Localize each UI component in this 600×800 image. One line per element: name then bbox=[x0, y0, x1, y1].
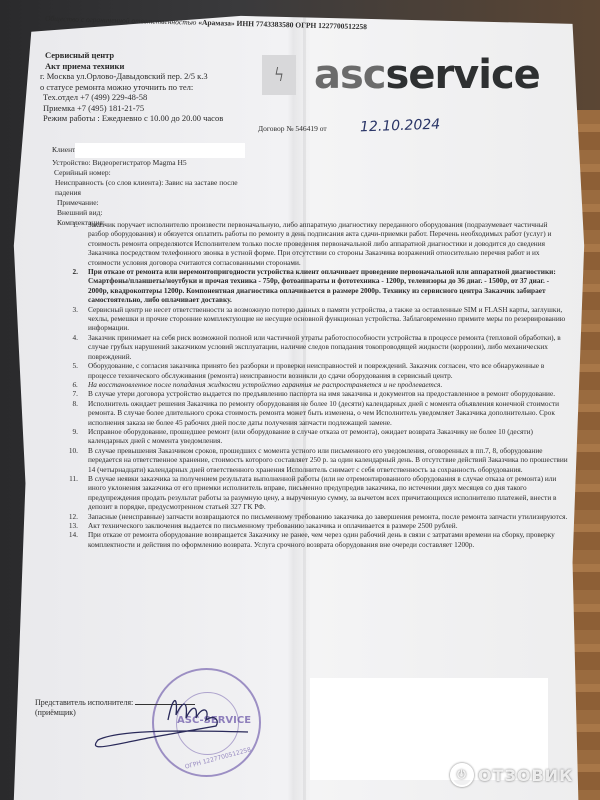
clause-text: В случае утери договора устройство выдае… bbox=[88, 389, 570, 398]
clause-item: 2.При отказе от ремонта или неремонтопри… bbox=[50, 267, 570, 305]
clause-item: 14.При отказе от ремонта оборудование во… bbox=[50, 530, 570, 549]
clause-number: 4. bbox=[50, 333, 88, 361]
field-appearance: Внешний вид: bbox=[57, 208, 245, 218]
clause-item: 10.В случае превышения Заказчиком сроков… bbox=[50, 446, 570, 474]
company-name: «Арамаза» bbox=[198, 18, 235, 28]
clause-text: Заказчик поручает исполнителю произвести… bbox=[88, 220, 570, 267]
clause-number: 11. bbox=[50, 474, 88, 512]
clause-text: Сервисный центр не несет ответственности… bbox=[88, 305, 570, 333]
clause-item: 1.Заказчик поручает исполнителю произвес… bbox=[50, 220, 570, 267]
clause-number: 13. bbox=[50, 521, 88, 530]
clause-text: В случае превышения Заказчиком сроков, п… bbox=[88, 446, 570, 474]
clause-number: 2. bbox=[50, 267, 88, 305]
service-title: Сервисный центр bbox=[45, 50, 223, 61]
status-hint: о статусе ремонта можно уточнить по тел: bbox=[40, 82, 223, 93]
field-note: Примечание: bbox=[57, 198, 245, 208]
working-hours: Режим работы : Ежедневно с 10.00 до 20.0… bbox=[43, 113, 223, 124]
handwritten-signature bbox=[88, 690, 288, 750]
act-title: Акт приема техники bbox=[45, 61, 223, 72]
clause-number: 7. bbox=[50, 389, 88, 398]
otzovik-power-icon: ⏻ bbox=[450, 763, 474, 787]
clause-text: Исправное оборудование, прошедшее ремонт… bbox=[88, 427, 570, 446]
field-serial: Серийный номер: bbox=[54, 168, 245, 178]
clause-number: 5. bbox=[50, 361, 88, 380]
clause-number: 6. bbox=[50, 380, 88, 389]
company-ogrn: ОГРН 1227700512258 bbox=[295, 20, 367, 31]
field-device: Устройство: Видеорегистратор Magma H5 bbox=[52, 158, 245, 168]
clause-text: Запасные (неисправные) запчасти возвраща… bbox=[88, 512, 570, 521]
company-inn: ИНН 7743383580 bbox=[236, 19, 293, 29]
ascservice-logo: ϟ ascservice bbox=[262, 52, 540, 98]
address: г. Москва ул.Орлово-Давыдовский пер. 2/5… bbox=[40, 71, 223, 82]
clause-text: Исполнитель ожидает решения Заказчика по… bbox=[88, 399, 570, 427]
lightning-icon: ϟ bbox=[262, 55, 296, 95]
clause-text: Оборудование, с согласия заказчика приня… bbox=[88, 361, 570, 380]
clause-number: 12. bbox=[50, 512, 88, 521]
clause-item: 7.В случае утери договора устройство выд… bbox=[50, 389, 570, 398]
clause-item: 13.Акт технического заключения выдается … bbox=[50, 521, 570, 530]
clause-number: 3. bbox=[50, 305, 88, 333]
clause-text: В случае неявки заказчика за получением … bbox=[88, 474, 570, 512]
clause-item: 3.Сервисный центр не несет ответственнос… bbox=[50, 305, 570, 333]
clause-item: 12.Запасные (неисправные) запчасти возвр… bbox=[50, 512, 570, 521]
clause-number: 9. bbox=[50, 427, 88, 446]
clause-item: 11.В случае неявки заказчика за получени… bbox=[50, 474, 570, 512]
company-prefix: Общество с ограниченной ответственностью bbox=[45, 14, 197, 27]
terms-list: 1.Заказчик поручает исполнителю произвес… bbox=[50, 220, 570, 549]
tech-phone: Тех.отдел +7 (499) 229-48-58 bbox=[43, 92, 223, 103]
service-header: Сервисный центр Акт приема техники г. Мо… bbox=[40, 50, 223, 124]
clause-text: Акт технического заключения выдается по … bbox=[88, 521, 570, 530]
contract-date-handwritten: 12.10.2024 bbox=[360, 117, 441, 136]
reception-phone: Приемка +7 (495) 181-21-75 bbox=[43, 103, 223, 114]
redacted-client-name bbox=[75, 143, 245, 158]
clause-item: 5.Оборудование, с согласия заказчика при… bbox=[50, 361, 570, 380]
contract-number: Договор № 546419 от bbox=[258, 124, 327, 133]
field-fault: Неисправность (со слов клиента): Завис н… bbox=[55, 178, 240, 198]
clause-item: 4.Заказчик принимает на себя риск возмож… bbox=[50, 333, 570, 361]
clause-text: На восстановленное после попадания жидко… bbox=[88, 380, 570, 389]
clause-number: 1. bbox=[50, 220, 88, 267]
otzovik-watermark: ⏻ ОТЗОВИК bbox=[450, 763, 573, 787]
clause-text: При отказе от ремонта или неремонтоприго… bbox=[88, 267, 570, 305]
clause-text: Заказчик принимает на себя риск возможно… bbox=[88, 333, 570, 361]
clause-item: 8.Исполнитель ожидает решения Заказчика … bbox=[50, 399, 570, 427]
clause-text: При отказе от ремонта оборудование возвр… bbox=[88, 530, 570, 549]
clause-item: 9.Исправное оборудование, прошедшее ремо… bbox=[50, 427, 570, 446]
clause-item: 6.На восстановленное после попадания жид… bbox=[50, 380, 570, 389]
clause-number: 8. bbox=[50, 399, 88, 427]
field-client: Клиент bbox=[52, 143, 245, 158]
device-fields: Клиент Устройство: Видеорегистратор Magm… bbox=[52, 143, 245, 228]
clause-number: 14. bbox=[50, 530, 88, 549]
logo-text: ascservice bbox=[314, 52, 540, 98]
clause-number: 10. bbox=[50, 446, 88, 474]
